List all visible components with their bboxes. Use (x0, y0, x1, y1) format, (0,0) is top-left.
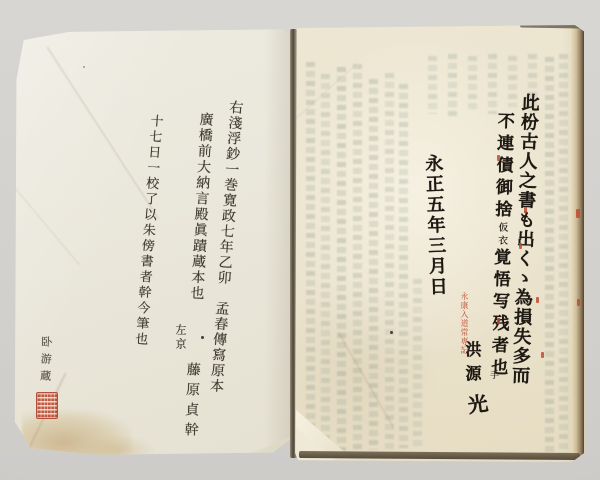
red-reading-mark (524, 207, 527, 213)
ink-speck (83, 66, 85, 68)
colophon-signature: 藤原貞幹 (180, 362, 203, 443)
red-reading-mark (497, 155, 500, 161)
bleedthrough-text (353, 60, 362, 452)
bleedthrough-text (488, 50, 497, 114)
main-text-column-2-upper: 不連債御捨 (491, 112, 514, 222)
bleedthrough-text (413, 275, 422, 450)
bleedthrough-text (399, 80, 408, 448)
bleedthrough-text (306, 58, 315, 448)
paper-crease (5, 176, 80, 265)
red-reading-mark (536, 297, 539, 303)
owner-mark: 卧游蔵 (36, 336, 54, 388)
date-column: 永正五年三月日 (419, 154, 450, 298)
collector-seal (36, 392, 58, 419)
paper-stain (84, 436, 154, 464)
scribe-signature: 洪源 (461, 341, 484, 389)
small-mark: 手 (487, 370, 500, 379)
main-text-column-2-lower: 覚悟写残者也 (487, 248, 510, 380)
cover-edge (520, 23, 582, 28)
colophon-place: 左京 (172, 324, 188, 352)
bleedthrough-text (545, 53, 554, 453)
red-reading-mark (541, 352, 544, 358)
red-reading-mark (497, 318, 500, 324)
red-reading-mark (576, 209, 580, 218)
kao-monogram: 光 (461, 392, 493, 416)
bleedthrough-text (468, 52, 477, 110)
bleedthrough-text (321, 70, 330, 448)
photo-backdrop: 右淺浮鈔一巻寛政七年乙卯 孟春傳寫原本 廣橋前大納言殿眞蹟蔵本也 左京 藤原貞幹… (0, 0, 600, 480)
bleedthrough-text (448, 50, 457, 120)
bleedthrough-text (385, 69, 394, 451)
ink-speck (201, 336, 204, 339)
interlinear-note: 仮衣 (495, 222, 507, 248)
book-fore-edge (571, 27, 584, 458)
bleedthrough-text (428, 52, 437, 114)
red-reading-mark (577, 299, 580, 306)
bleedthrough-text (559, 50, 568, 455)
red-reading-mark (519, 243, 522, 249)
page-corner-fold (246, 436, 292, 456)
ink-speck (390, 331, 393, 334)
bleedthrough-text (337, 63, 346, 451)
